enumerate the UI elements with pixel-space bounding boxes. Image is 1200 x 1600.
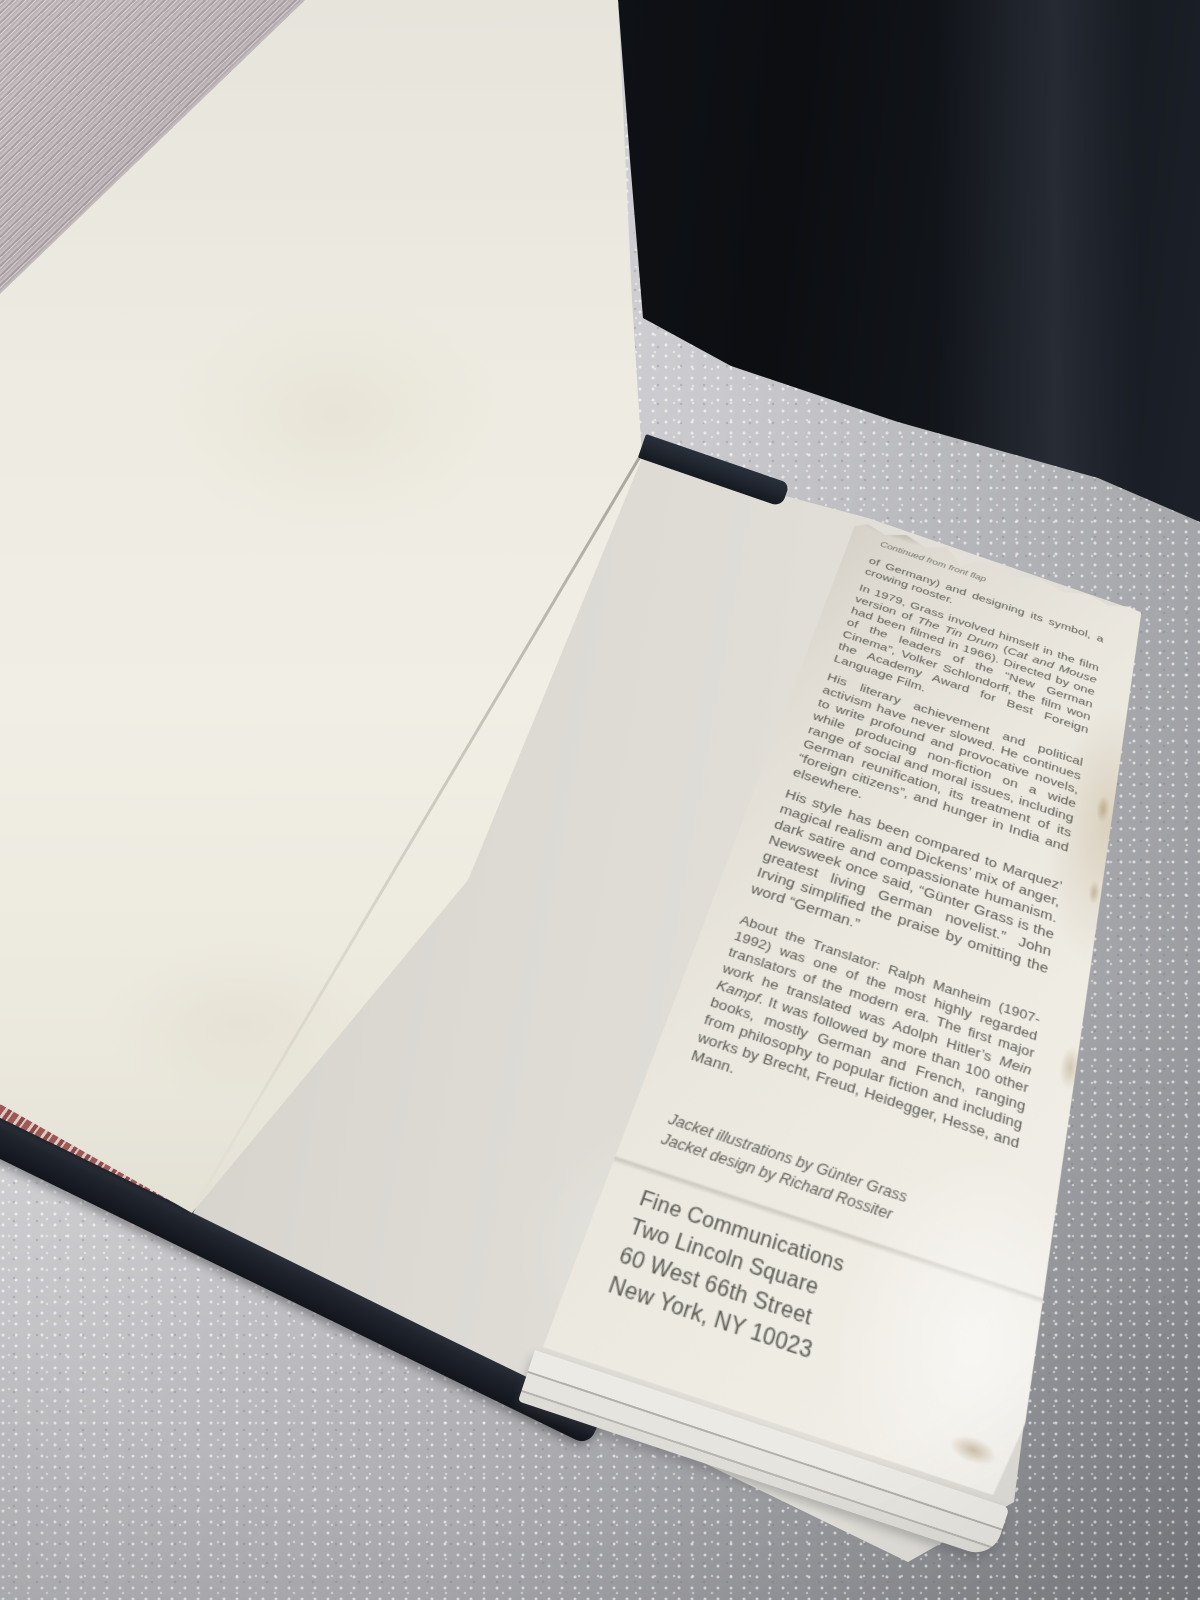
photo-of-open-book: Continued from front flap of Germany) an… xyxy=(0,0,1200,1600)
